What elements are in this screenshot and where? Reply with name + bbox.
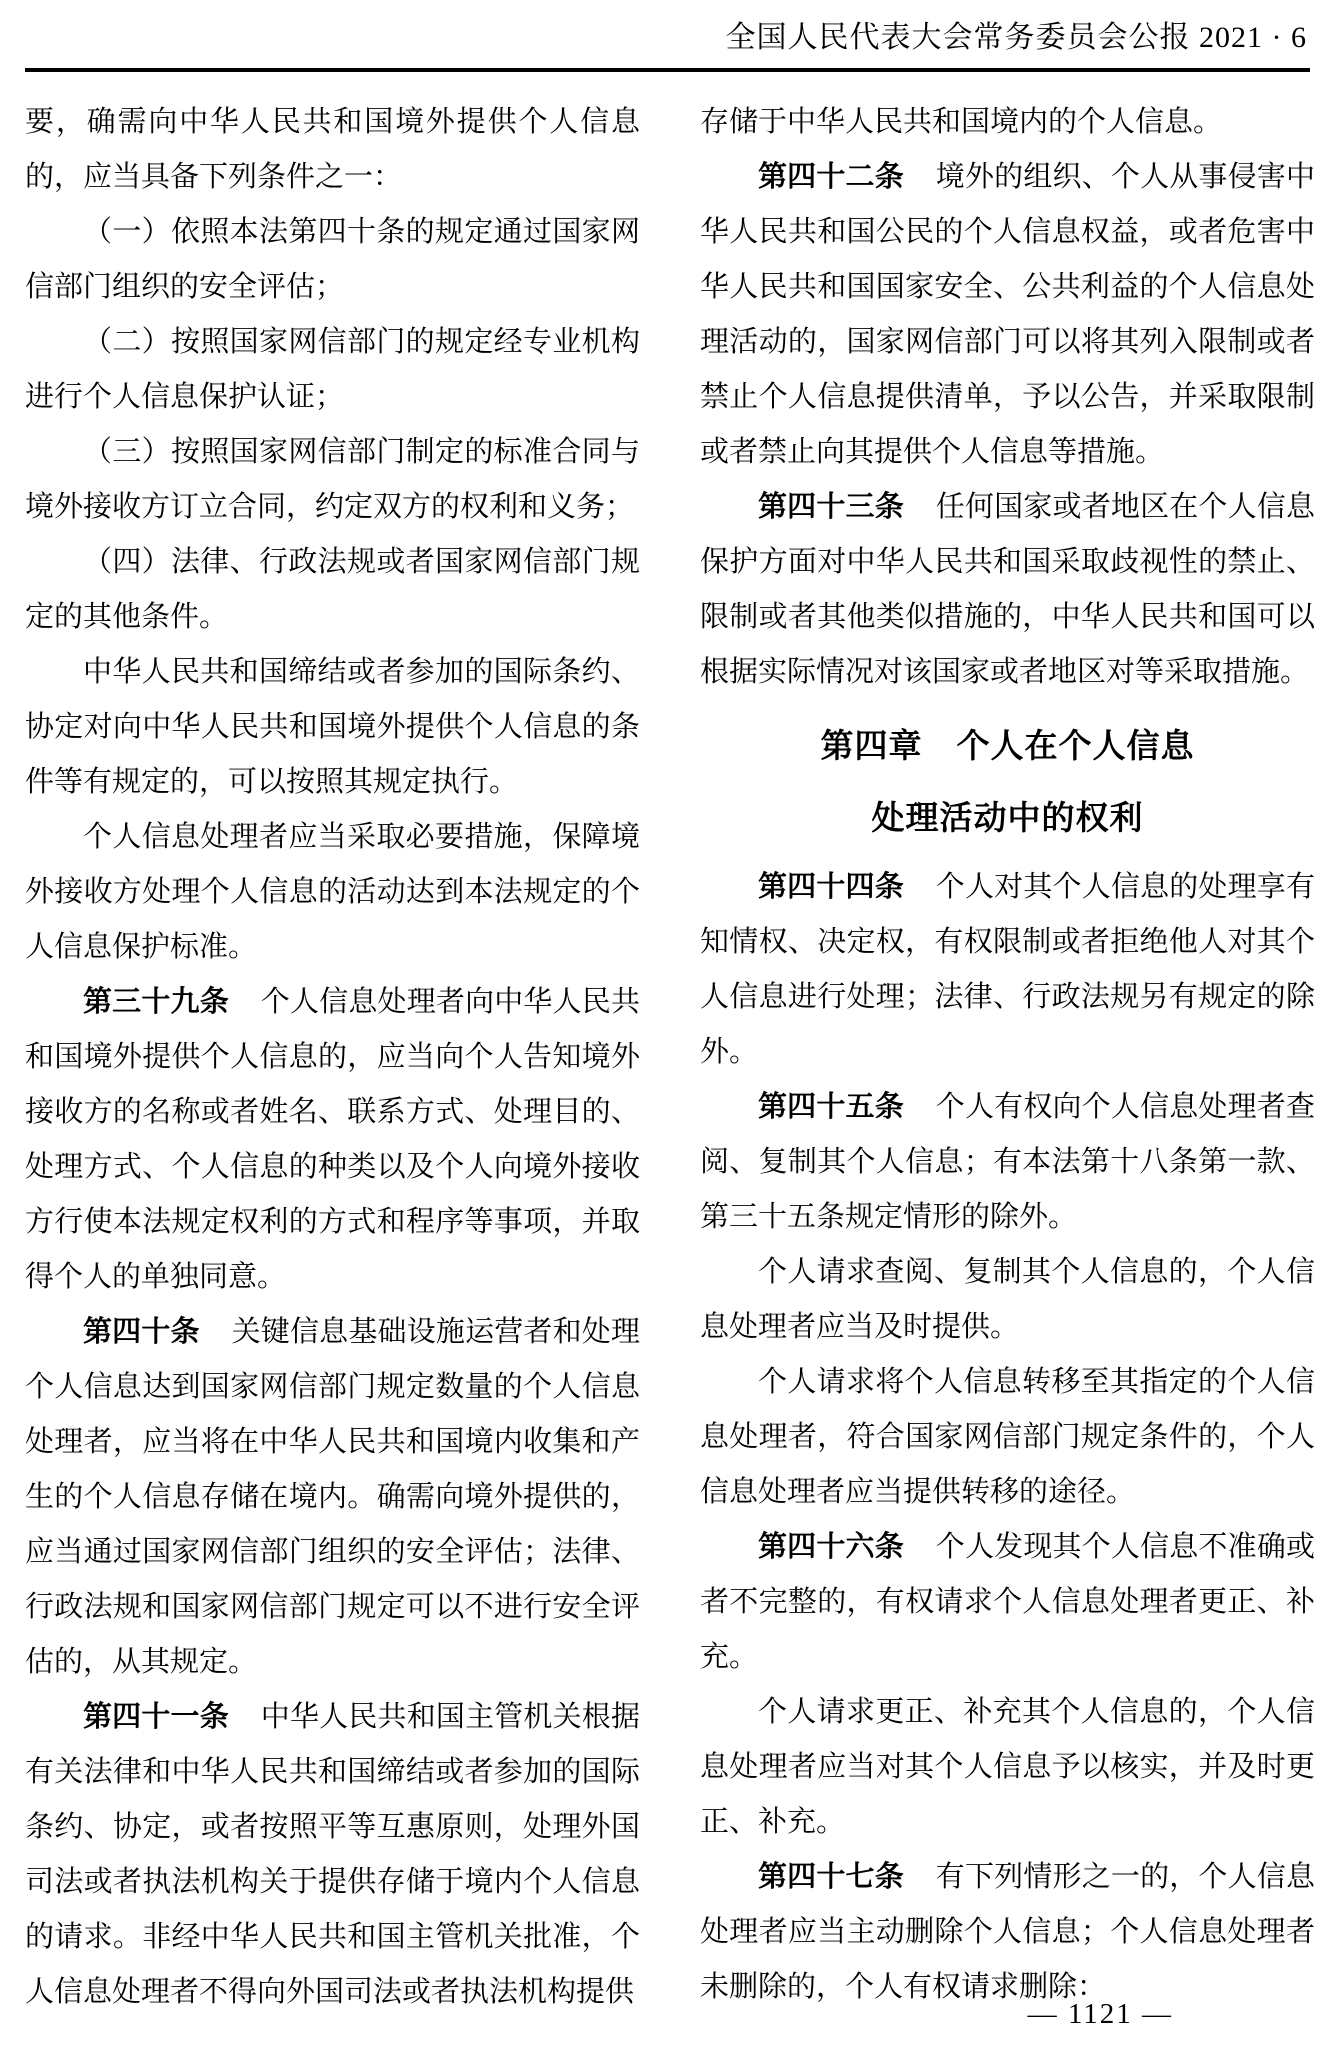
article-number: 第四十一条 — [83, 1701, 229, 1733]
header-title: 全国人民代表大会常务委员会公报 2021 · 6 — [726, 21, 1308, 54]
right-column: 存储于中华人民共和国境内的个人信息。第四十二条境外的组织、个人从事侵害中华人民共… — [700, 95, 1315, 2020]
article-paragraph: 第四十一条中华人民共和国主管机关根据有关法律和中华人民共和国缔结或者参加的国际条… — [25, 1690, 640, 2020]
article-paragraph: 第四十四条个人对其个人信息的处理享有知情权、决定权，有权限制或者拒绝他人对其个人… — [700, 860, 1315, 1080]
article-paragraph: 第四十七条有下列情形之一的，个人信息处理者应当主动删除个人信息；个人信息处理者未… — [700, 1850, 1315, 2015]
bulletin-page: 全国人民代表大会常务委员会公报 2021 · 6 要，确需向中华人民共和国境外提… — [0, 0, 1335, 2055]
article-number: 第四十七条 — [758, 1861, 904, 1893]
paragraph: 个人信息处理者应当采取必要措施，保障境外接收方处理个人信息的活动达到本法规定的个… — [25, 810, 640, 975]
left-column: 要，确需向中华人民共和国境外提供个人信息的，应当具备下列条件之一：（一）依照本法… — [25, 95, 640, 2020]
page-number: — 1121 — — [1028, 1998, 1173, 2030]
two-column-body: 要，确需向中华人民共和国境外提供个人信息的，应当具备下列条件之一：（一）依照本法… — [25, 95, 1315, 2020]
article-number: 第四十五条 — [758, 1091, 904, 1123]
article-paragraph: 第四十三条任何国家或者地区在个人信息保护方面对中华人民共和国采取歧视性的禁止、限… — [700, 480, 1315, 700]
header-rule — [25, 68, 1310, 72]
paragraph: 个人请求查阅、复制其个人信息的，个人信息处理者应当及时提供。 — [700, 1245, 1315, 1355]
paragraph: 要，确需向中华人民共和国境外提供个人信息的，应当具备下列条件之一： — [25, 95, 640, 205]
paragraph: （四）法律、行政法规或者国家网信部门规定的其他条件。 — [25, 535, 640, 645]
chapter-heading: 第四章 个人在个人信息处理活动中的权利 — [700, 710, 1315, 854]
article-number: 第四十条 — [83, 1316, 200, 1348]
article-number: 第四十六条 — [758, 1531, 904, 1563]
article-number: 第四十二条 — [758, 161, 904, 193]
article-paragraph: 第三十九条个人信息处理者向中华人民共和国境外提供个人信息的，应当向个人告知境外接… — [25, 975, 640, 1305]
paragraph: 个人请求更正、补充其个人信息的，个人信息处理者应当对其个人信息予以核实，并及时更… — [700, 1685, 1315, 1850]
article-paragraph: 第四十五条个人有权向个人信息处理者查阅、复制其个人信息；有本法第十八条第一款、第… — [700, 1080, 1315, 1245]
article-number: 第三十九条 — [83, 986, 229, 1018]
chapter-heading-line: 第四章 个人在个人信息 — [700, 710, 1315, 782]
paragraph: 个人请求将个人信息转移至其指定的个人信息处理者，符合国家网信部门规定条件的，个人… — [700, 1355, 1315, 1520]
page-header: 全国人民代表大会常务委员会公报 2021 · 6 — [25, 18, 1307, 58]
paragraph: （二）按照国家网信部门的规定经专业机构进行个人信息保护认证； — [25, 315, 640, 425]
paragraph: （三）按照国家网信部门制定的标准合同与境外接收方订立合同，约定双方的权利和义务； — [25, 425, 640, 535]
page-footer: — 1121 — — [1028, 1998, 1173, 2030]
paragraph: （一）依照本法第四十条的规定通过国家网信部门组织的安全评估； — [25, 205, 640, 315]
paragraph: 中华人民共和国缔结或者参加的国际条约、协定对向中华人民共和国境外提供个人信息的条… — [25, 645, 640, 810]
paragraph: 存储于中华人民共和国境内的个人信息。 — [700, 95, 1315, 150]
article-paragraph: 第四十六条个人发现其个人信息不准确或者不完整的，有权请求个人信息处理者更正、补充… — [700, 1520, 1315, 1685]
article-paragraph: 第四十条关键信息基础设施运营者和处理个人信息达到国家网信部门规定数量的个人信息处… — [25, 1305, 640, 1690]
chapter-heading-line: 处理活动中的权利 — [700, 782, 1315, 854]
article-number: 第四十三条 — [758, 491, 904, 523]
article-number: 第四十四条 — [758, 871, 904, 903]
article-paragraph: 第四十二条境外的组织、个人从事侵害中华人民共和国公民的个人信息权益，或者危害中华… — [700, 150, 1315, 480]
